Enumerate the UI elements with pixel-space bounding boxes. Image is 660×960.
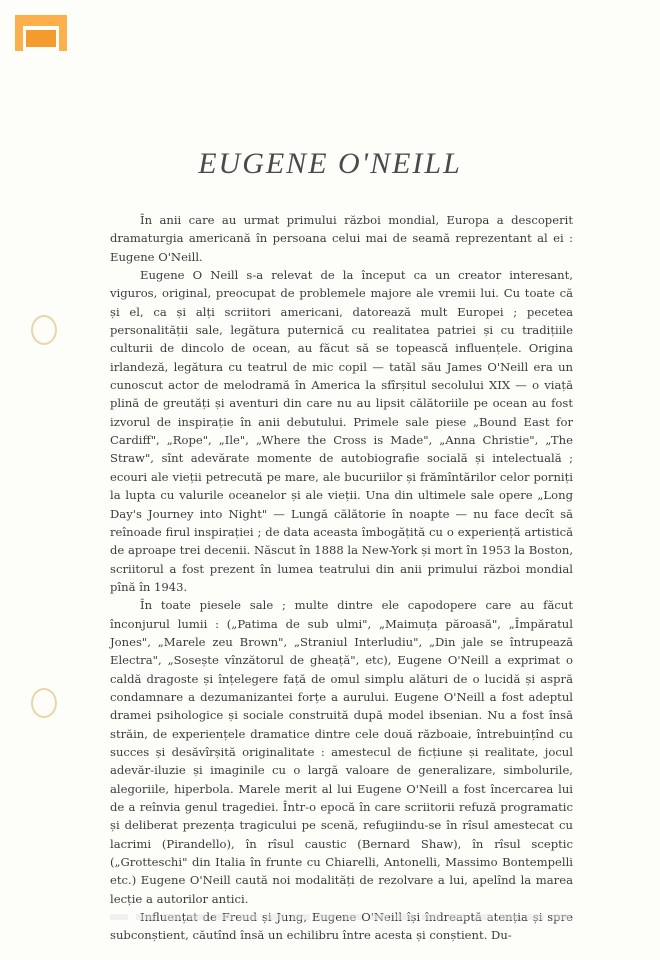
frame-logo-icon[interactable] [15,15,67,51]
logo-inner [26,30,56,47]
paragraph-3: În toate piesele sale ; multe dintre ele… [110,596,573,908]
paragraph-1: În anii care au urmat primului război mo… [110,211,573,266]
binder-hole-icon [31,688,57,718]
article-body: În anii care au urmat primului război mo… [110,211,573,945]
faded-next-line [110,914,573,920]
binder-hole-icon [31,315,57,345]
paragraph-2: Eugene O Neill s-a relevat de la început… [110,266,573,596]
page-title: EUGENE O'NEILL [0,147,660,181]
